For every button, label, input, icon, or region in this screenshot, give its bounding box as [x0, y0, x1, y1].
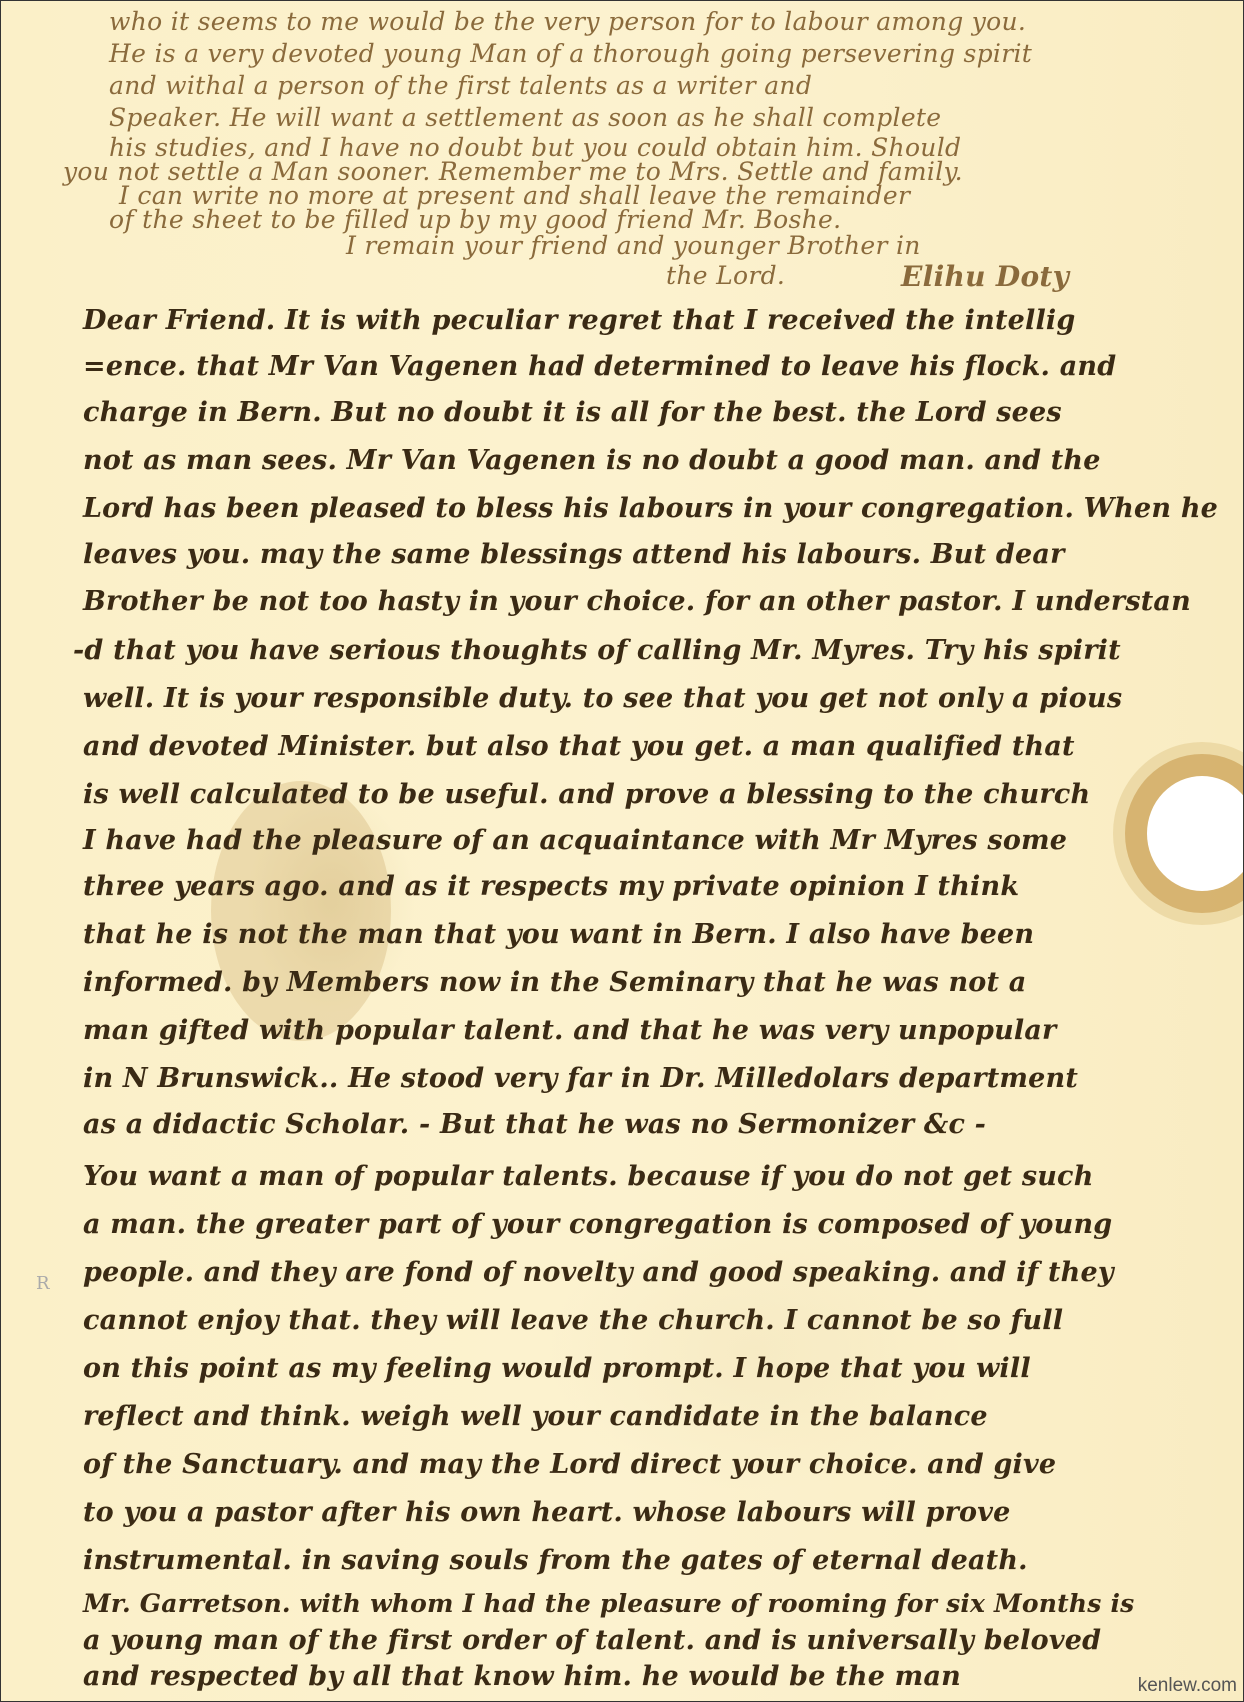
upper-line: Speaker. He will want a settlement as so…: [109, 105, 941, 130]
paper-hole-damage: [1147, 776, 1244, 891]
water-stain: [211, 781, 391, 1041]
letter-page: who it seems to me would be the very per…: [0, 0, 1244, 1702]
lower-line: and respected by all that know him. he w…: [83, 1663, 961, 1690]
lower-line: =ence. that Mr Van Vagenen had determine…: [83, 353, 1116, 380]
upper-line: and withal a person of the first talents…: [109, 73, 812, 98]
lower-line: man gifted with popular talent. and that…: [83, 1017, 1056, 1044]
watermark: kenlew.com: [1138, 1675, 1237, 1697]
closing-line: the Lord.: [666, 263, 785, 288]
lower-line: and devoted Minister. but also that you …: [83, 733, 1075, 760]
upper-line: who it seems to me would be the very per…: [109, 9, 1026, 34]
lower-line: is well calculated to be useful. and pro…: [83, 781, 1090, 808]
lower-line: charge in Bern. But no doubt it is all f…: [83, 399, 1062, 426]
lower-line: in N Brunswick.. He stood very far in Dr…: [83, 1065, 1078, 1092]
lower-line: Mr. Garretson. with whom I had the pleas…: [83, 1591, 1134, 1616]
lower-line: well. It is your responsible duty. to se…: [83, 685, 1122, 712]
lower-line: to you a pastor after his own heart. who…: [83, 1499, 1010, 1526]
lower-line: cannot enjoy that. they will leave the c…: [83, 1307, 1063, 1334]
upper-line: of the sheet to be filled up by my good …: [109, 207, 841, 232]
lower-line: three years ago. and as it respects my p…: [83, 873, 1019, 900]
lower-line: reflect and think. weigh well your candi…: [83, 1403, 988, 1430]
lower-line: a man. the greater part of your congrega…: [83, 1211, 1112, 1238]
lower-line: -d that you have serious thoughts of cal…: [73, 637, 1121, 664]
lower-line: You want a man of popular talents. becau…: [83, 1163, 1094, 1190]
lower-line: not as man sees. Mr Van Vagenen is no do…: [83, 447, 1101, 474]
lower-line: informed. by Members now in the Seminary…: [83, 969, 1026, 996]
lower-line: I have had the pleasure of an acquaintan…: [83, 827, 1067, 854]
lower-line: instrumental. in saving souls from the g…: [83, 1547, 1028, 1574]
lower-line: Lord has been pleased to bless his labou…: [83, 495, 1218, 522]
lower-line: Brother be not too hasty in your choice.…: [83, 588, 1191, 615]
lower-line: that he is not the man that you want in …: [83, 921, 1034, 948]
lower-line: as a didactic Scholar. - But that he was…: [83, 1111, 986, 1138]
closing-line: I remain your friend and younger Brother…: [346, 233, 921, 258]
margin-mark: R: [36, 1273, 50, 1294]
lower-line: Dear Friend. It is with peculiar regret …: [83, 307, 1075, 334]
lower-line: of the Sanctuary. and may the Lord direc…: [83, 1451, 1056, 1478]
lower-line: leaves you. may the same blessings atten…: [83, 541, 1065, 568]
lower-line: a young man of the first order of talent…: [83, 1627, 1101, 1654]
lower-line: people. and they are fond of novelty and…: [83, 1259, 1114, 1286]
signature: Elihu Doty: [901, 263, 1069, 291]
upper-line: He is a very devoted young Man of a thor…: [109, 41, 1032, 66]
lower-line: on this point as my feeling would prompt…: [83, 1355, 1031, 1382]
